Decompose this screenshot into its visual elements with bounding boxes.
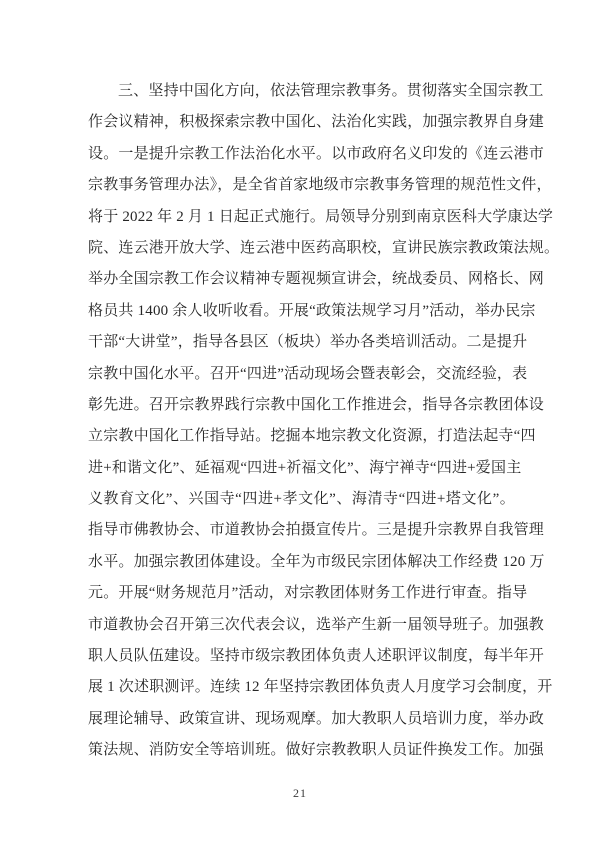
paragraph-line: 三、坚持中国化方向，依法管理宗教事务。贯彻落实全国宗教工 bbox=[88, 76, 515, 107]
paragraph-line: 职人员队伍建设。坚持市级宗教团体负责人述职评议制度，每半年开 bbox=[88, 641, 515, 672]
paragraph-line: 展理论辅导、政策宣讲、现场观摩。加大教职人员培训力度，举办政 bbox=[88, 704, 515, 735]
paragraph-line: 将于 2022 年 2 月 1 日起正式施行。局领导分别到南京医科大学康达学 bbox=[88, 202, 515, 233]
page-footer: 21 bbox=[0, 784, 600, 802]
paragraph-line: 举办全国宗教工作会议精神专题视频宣讲会，统战委员、网格长、网 bbox=[88, 264, 515, 295]
paragraph-line: 展 1 次述职测评。连续 12 年坚持宗教团体负责人月度学习会制度，开 bbox=[88, 672, 515, 703]
paragraph-line: 彰先进。召开宗教界践行宗教中国化工作推进会，指导各宗教团体设 bbox=[88, 390, 515, 421]
paragraph-line: 设。一是提升宗教工作法治化水平。以市政府名义印发的《连云港市 bbox=[88, 139, 515, 170]
document-page: 三、坚持中国化方向，依法管理宗教事务。贯彻落实全国宗教工 作会议精神，积极探索宗… bbox=[0, 0, 600, 848]
paragraph-line: 宗教事务管理办法》，是全省首家地级市宗教事务管理的规范性文件， bbox=[88, 170, 515, 201]
paragraph-line: 市道教协会召开第三次代表会议，选举产生新一届领导班子。加强教 bbox=[88, 610, 515, 641]
paragraph-line: 义教育文化”、兴国寺“四进+孝文化”、海清寺“四进+塔文化”。 bbox=[88, 484, 515, 515]
paragraph-line: 立宗教中国化工作指导站。挖掘本地宗教文化资源，打造法起寺“四 bbox=[88, 421, 515, 452]
paragraph-line: 元。开展“财务规范月”活动，对宗教团体财务工作进行审查。指导 bbox=[88, 578, 515, 609]
paragraph-line: 作会议精神，积极探索宗教中国化、法治化实践，加强宗教界自身建 bbox=[88, 107, 515, 138]
paragraph-line: 指导市佛教协会、市道教协会拍摄宣传片。三是提升宗教界自我管理 bbox=[88, 515, 515, 546]
paragraph-line: 策法规、消防安全等培训班。做好宗教教职人员证件换发工作。加强 bbox=[88, 735, 515, 766]
paragraph-line: 干部“大讲堂”，指导各县区（板块）举办各类培训活动。二是提升 bbox=[88, 327, 515, 358]
paragraph-line: 进+和谐文化”、延福观“四进+祈福文化”、海宁禅寺“四进+爱国主 bbox=[88, 453, 515, 484]
paragraph-line: 水平。加强宗教团体建设。全年为市级民宗团体解决工作经费 120 万 bbox=[88, 547, 515, 578]
paragraph-line: 院、连云港开放大学、连云港中医药高职校，宣讲民族宗教政策法规。 bbox=[88, 233, 515, 264]
paragraph-line: 格员共 1400 余人收听收看。开展“政策法规学习月”活动，举办民宗 bbox=[88, 296, 515, 327]
page-number: 21 bbox=[293, 786, 307, 800]
document-body: 三、坚持中国化方向，依法管理宗教事务。贯彻落实全国宗教工 作会议精神，积极探索宗… bbox=[88, 76, 515, 767]
paragraph-line: 宗教中国化水平。召开“四进”活动现场会暨表彰会，交流经验，表 bbox=[88, 359, 515, 390]
